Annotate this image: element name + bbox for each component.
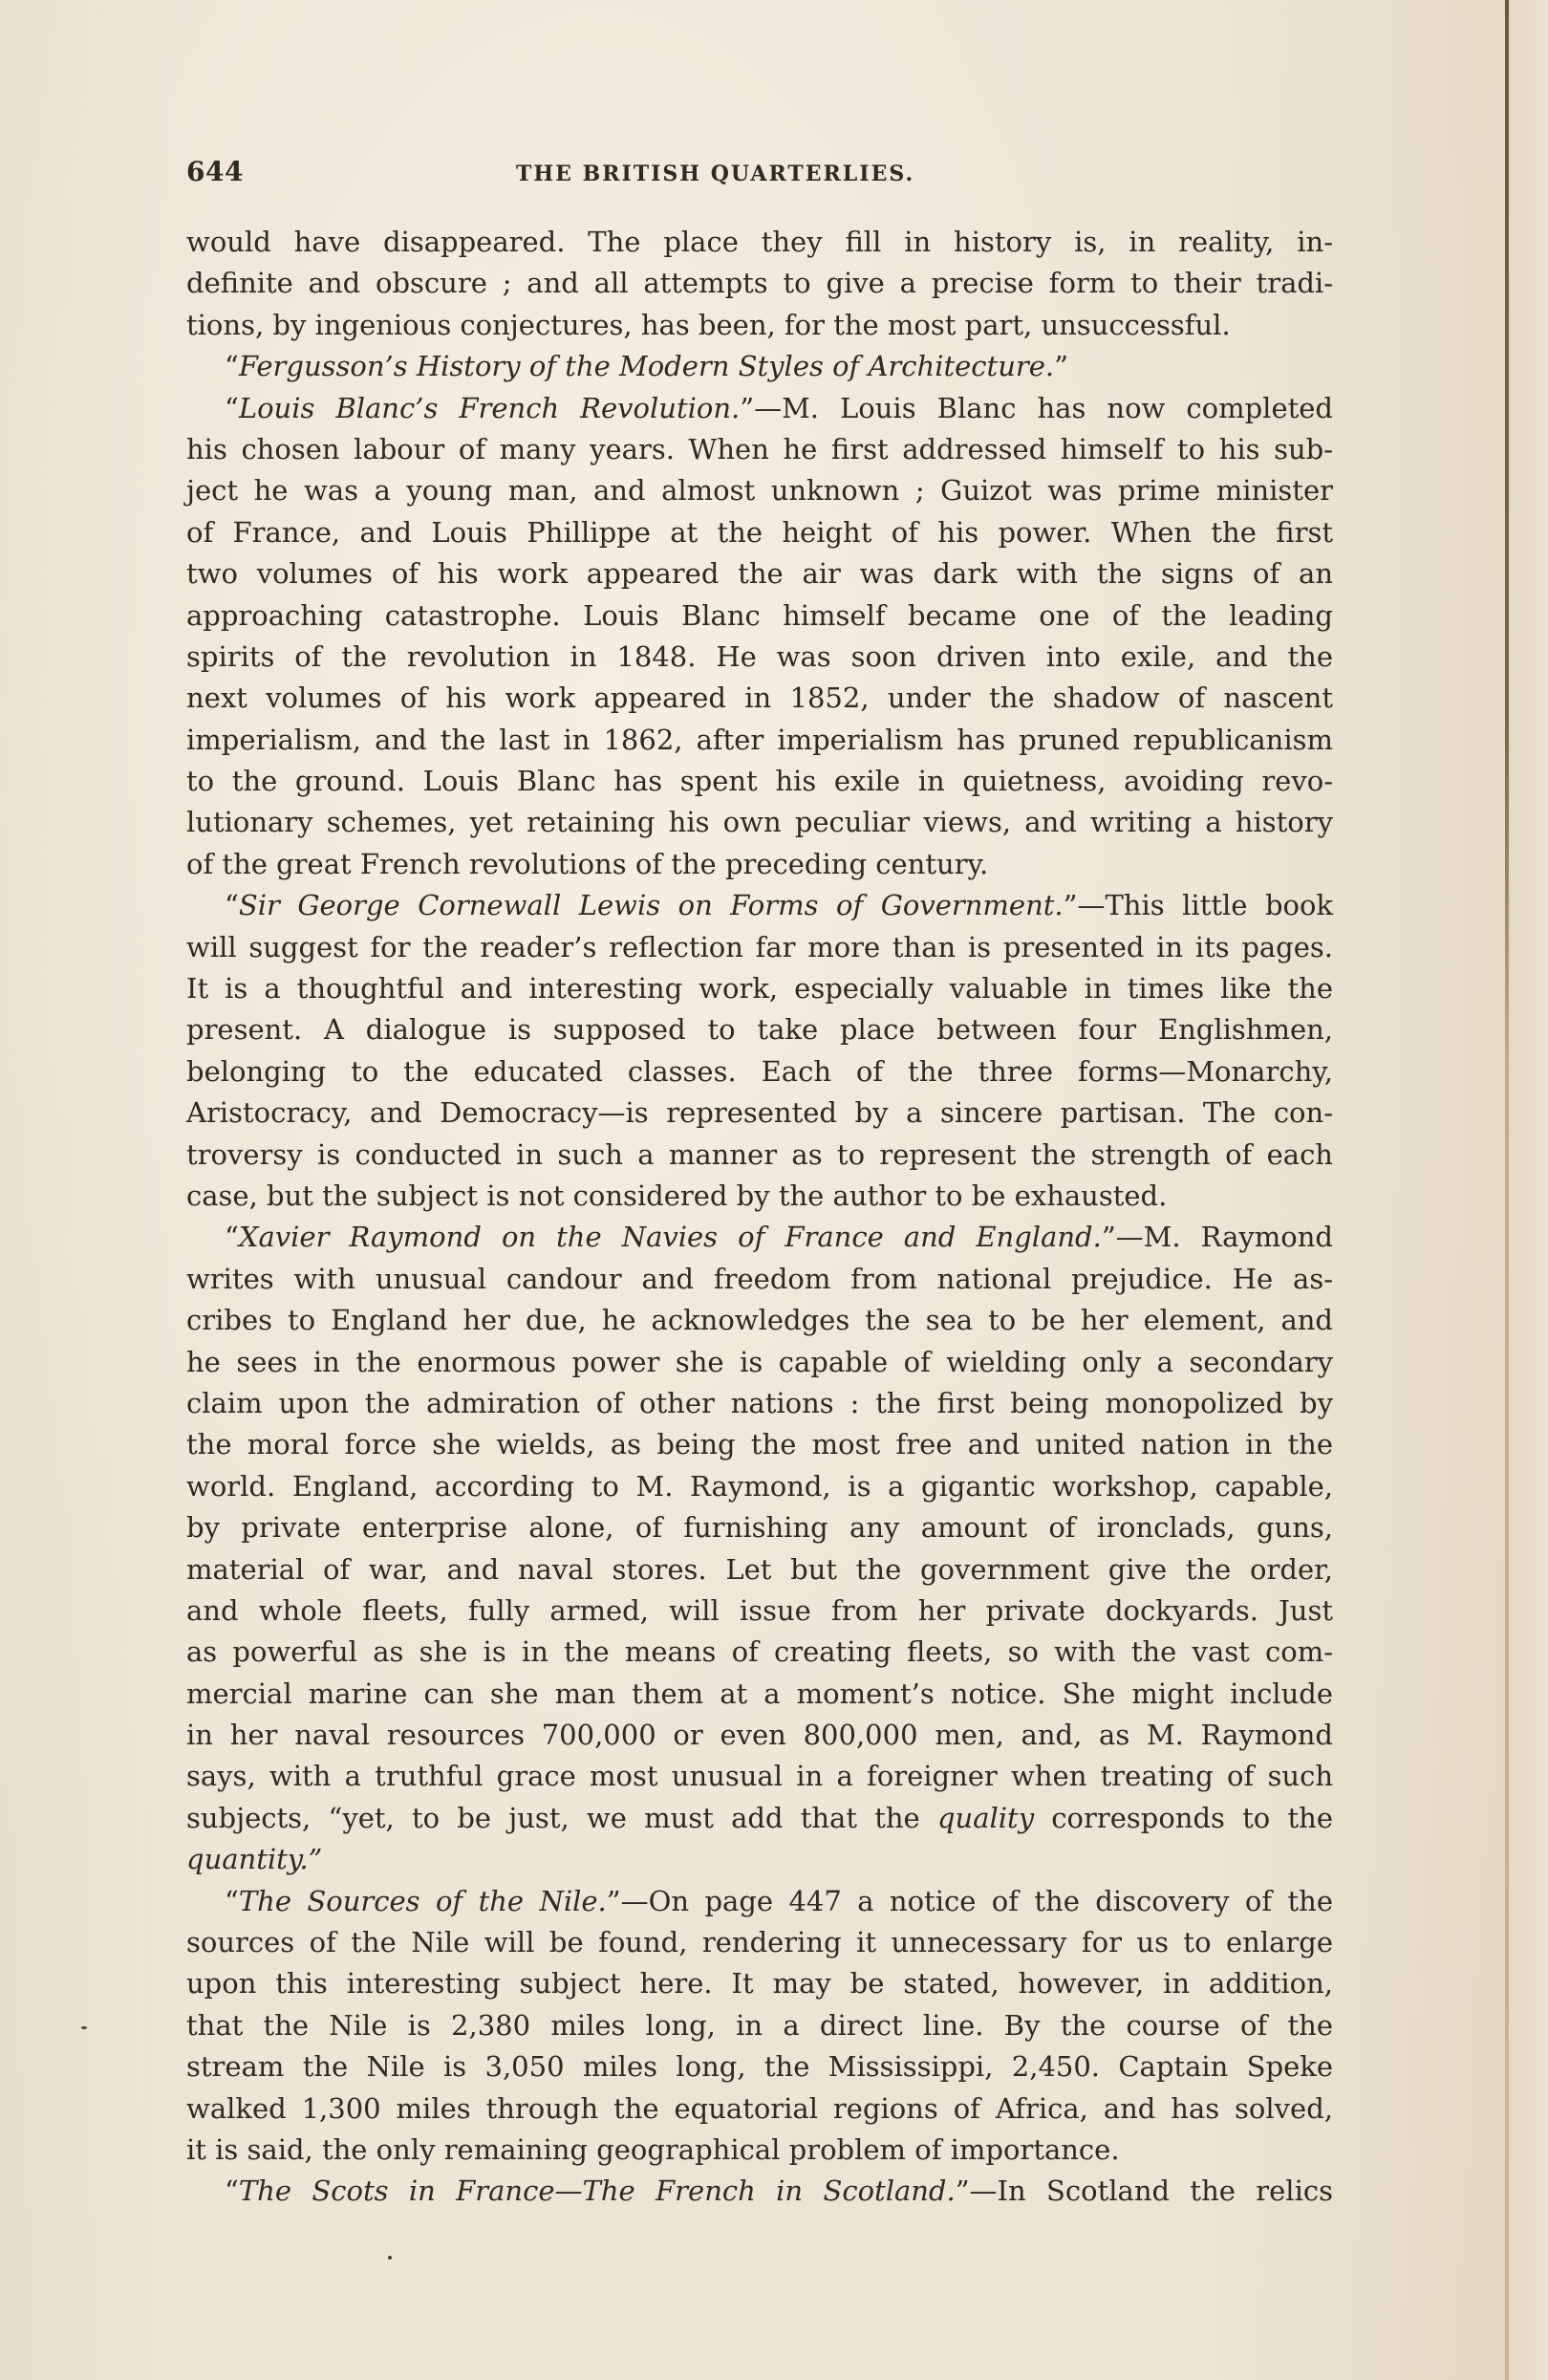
- review-heading-line: “Sir George Cornewall Lewis on Forms of …: [186, 885, 1333, 926]
- text-line: would have disappeared. The place they f…: [186, 222, 1333, 263]
- book-page: 644 THE BRITISH QUARTERLIES. would have …: [0, 0, 1505, 2380]
- running-head: 644 THE BRITISH QUARTERLIES.: [186, 156, 1357, 194]
- text-line: of France, and Louis Phillippe at the he…: [186, 512, 1333, 553]
- text-line: definite and obscure ; and all attempts …: [186, 263, 1333, 304]
- text-line: spirits of the revolution in 1848. He wa…: [186, 637, 1333, 678]
- text-line: by private enterprise alone, of furnishi…: [186, 1507, 1333, 1548]
- text-line: approaching catastrophe. Louis Blanc him…: [186, 595, 1333, 637]
- text-line: subjects, “yet, to be just, we must add …: [186, 1798, 1333, 1839]
- adjacent-page-edge: [1509, 0, 1548, 2380]
- text-line: cribes to England her due, he acknowledg…: [186, 1300, 1333, 1341]
- text-line: and whole fleets, fully armed, will issu…: [186, 1590, 1333, 1632]
- body-text: would have disappeared. The place they f…: [186, 222, 1333, 2213]
- review-title: Xavier Raymond on the Navies of France a…: [239, 1221, 1102, 1253]
- text-line: says, with a truthful grace most unusual…: [186, 1756, 1333, 1797]
- text-line: next volumes of his work appeared in 185…: [186, 678, 1333, 719]
- review-title: Sir George Cornewall Lewis on Forms of G…: [239, 889, 1064, 921]
- page-number: 644: [186, 156, 244, 187]
- review-heading-line: “Xavier Raymond on the Navies of France …: [186, 1217, 1333, 1258]
- text-line: present. A dialogue is supposed to take …: [186, 1009, 1333, 1050]
- review-heading-line: “Louis Blanc’s French Revolution.”—M. Lo…: [186, 388, 1333, 429]
- ink-speck: [388, 2256, 392, 2260]
- text-line: the moral force she wields, as being the…: [186, 1424, 1333, 1465]
- ink-speck: [81, 2026, 87, 2029]
- text-line: tions, by ingenious conjectures, has bee…: [186, 305, 1333, 346]
- text-line: two volumes of his work appeared the air…: [186, 553, 1333, 595]
- text-line: sources of the Nile will be found, rende…: [186, 1922, 1333, 1963]
- text-line: that the Nile is 2,380 miles long, in a …: [186, 2005, 1333, 2046]
- text-line: will suggest for the reader’s reflection…: [186, 927, 1333, 968]
- text-line: his chosen labour of many years. When he…: [186, 429, 1333, 470]
- text-line: it is said, the only remaining geographi…: [186, 2130, 1333, 2171]
- text-line: mercial marine can she man them at a mom…: [186, 1674, 1333, 1715]
- review-heading-line: “The Sources of the Nile.”—On page 447 a…: [186, 1881, 1333, 1922]
- text-line: he sees in the enormous power she is cap…: [186, 1342, 1333, 1383]
- text-line: quantity.”: [186, 1839, 1333, 1880]
- running-title: THE BRITISH QUARTERLIES.: [516, 162, 914, 186]
- text-line: world. England, according to M. Raymond,…: [186, 1466, 1333, 1507]
- text-line: ject he was a young man, and almost unkn…: [186, 470, 1333, 511]
- text-line: to the ground. Louis Blanc has spent his…: [186, 761, 1333, 802]
- text-line: walked 1,300 miles through the equatoria…: [186, 2088, 1333, 2130]
- review-title: The Sources of the Nile.: [239, 1885, 607, 1917]
- review-title: Fergusson’s History of the Modern Styles…: [239, 350, 1054, 382]
- text-line: stream the Nile is 3,050 miles long, the…: [186, 2046, 1333, 2088]
- text-line: upon this interesting subject here. It m…: [186, 1963, 1333, 2004]
- text-line: troversy is conducted in such a manner a…: [186, 1135, 1333, 1176]
- text-line: claim upon the admiration of other natio…: [186, 1383, 1333, 1424]
- review-title: The Scots in France—The French in Scotla…: [239, 2174, 956, 2207]
- review-title: Louis Blanc’s French Revolution.: [239, 392, 740, 424]
- text-line: case, but the subject is not considered …: [186, 1176, 1333, 1217]
- text-line: lutionary schemes, yet retaining his own…: [186, 802, 1333, 843]
- text-line: imperialism, and the last in 1862, after…: [186, 720, 1333, 761]
- text-line: belonging to the educated classes. Each …: [186, 1051, 1333, 1093]
- text-line: Aristocracy, and Democracy—is represente…: [186, 1093, 1333, 1134]
- text-line: of the great French revolutions of the p…: [186, 844, 1333, 885]
- review-heading-line: “Fergusson’s History of the Modern Style…: [186, 346, 1333, 387]
- text-line: writes with unusual candour and freedom …: [186, 1259, 1333, 1300]
- text-line: material of war, and naval stores. Let b…: [186, 1549, 1333, 1590]
- text-line: as powerful as she is in the means of cr…: [186, 1632, 1333, 1673]
- text-line: in her naval resources 700,000 or even 8…: [186, 1715, 1333, 1756]
- text-line: It is a thoughtful and interesting work,…: [186, 968, 1333, 1009]
- review-heading-line: “The Scots in France—The French in Scotl…: [186, 2171, 1333, 2212]
